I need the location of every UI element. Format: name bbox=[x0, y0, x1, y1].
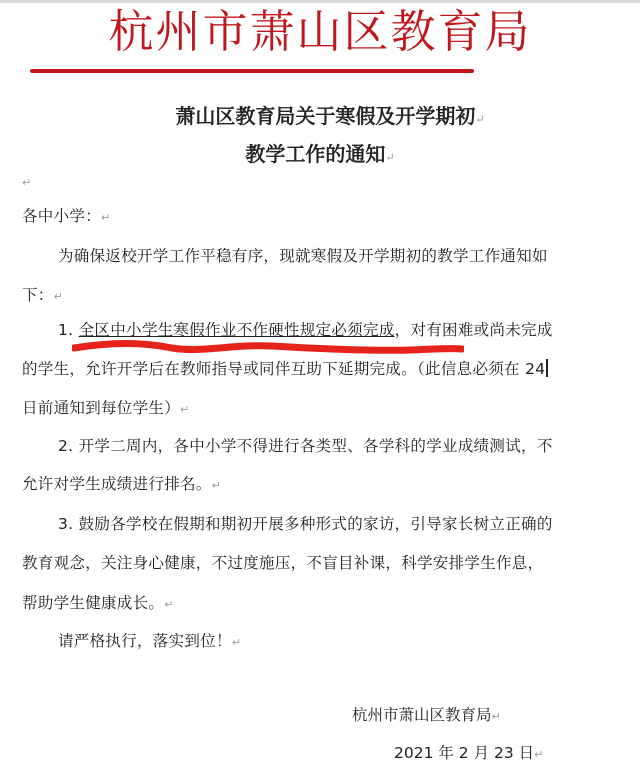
item3-line-1: 3. 鼓励各学校在假期和期初开展多种形式的家访，引导家长树立正确的 bbox=[58, 512, 553, 534]
paragraph-mark-icon: ↵ bbox=[385, 151, 394, 164]
item1-highlighted-text: 全区中小学生寒假作业不作硬性规定必须完成 bbox=[79, 321, 395, 339]
item1-number: 1. bbox=[58, 321, 79, 339]
masthead-divider bbox=[30, 69, 474, 73]
paragraph-mark-icon: ↵ bbox=[212, 479, 222, 492]
date: 2021 年 2 月 23 日↵ bbox=[394, 741, 543, 763]
paragraph-mark-icon: ↵ bbox=[180, 403, 190, 416]
empty-paragraph: ↵ bbox=[22, 172, 32, 190]
paragraph-mark-icon: ↵ bbox=[534, 748, 543, 761]
item1-rest-text: ，对有困难或尚未完成 bbox=[395, 321, 553, 339]
paragraph-mark-icon: ↵ bbox=[54, 290, 64, 303]
paragraph-mark-icon: ↵ bbox=[232, 636, 242, 649]
signature: 杭州市萧山区教育局↵ bbox=[352, 703, 501, 725]
paragraph-mark-icon: ↵ bbox=[475, 113, 484, 126]
closing-text: 请严格执行，落实到位！ bbox=[58, 632, 232, 650]
signature-text: 杭州市萧山区教育局 bbox=[352, 706, 492, 724]
item1-text-2: 的学生，允许开学后在教师指导或同伴互助下延期完成。（此信息必须在 24 bbox=[22, 360, 545, 378]
title-text-1: 萧山区教育局关于寒假及开学期初 bbox=[175, 104, 475, 128]
paragraph-mark-icon: ↵ bbox=[22, 176, 32, 189]
paragraph-mark-icon: ↵ bbox=[101, 211, 111, 224]
text-cursor bbox=[546, 359, 548, 377]
item3-text-3: 帮助学生健康成长。 bbox=[22, 594, 164, 612]
title-text-2: 教学工作的通知 bbox=[245, 142, 385, 166]
intro-text-2: 下： bbox=[22, 286, 54, 304]
paragraph-mark-icon: ↵ bbox=[164, 598, 174, 611]
item3-line-3: 帮助学生健康成长。↵ bbox=[22, 591, 174, 613]
item1-text-3: 日前通知到每位学生） bbox=[22, 399, 180, 417]
closing-line: 请严格执行，落实到位！↵ bbox=[58, 629, 241, 651]
intro-line-1: 为确保返校开学工作平稳有序，现就寒假及开学期初的教学工作通知如 bbox=[58, 244, 548, 266]
masthead: 杭州市萧山区教育局 bbox=[0, 2, 640, 62]
notice-title-line1: 萧山区教育局关于寒假及开学期初↵ bbox=[0, 100, 640, 129]
notice-title-line2: 教学工作的通知↵ bbox=[0, 138, 640, 167]
item1-line-3: 日前通知到每位学生）↵ bbox=[22, 396, 190, 418]
salutation-text: 各中小学： bbox=[22, 207, 101, 225]
item3-line-2: 教育观念，关注身心健康，不过度施压，不盲目补课，科学安排学生作息， bbox=[22, 551, 543, 573]
red-highlight-underline-icon bbox=[72, 340, 464, 356]
item2-line-1: 2. 开学二周内，各中小学不得进行各类型、各学科的学业成绩测试，不 bbox=[58, 434, 553, 456]
item2-line-2: 允许对学生成绩进行排名。↵ bbox=[22, 472, 221, 494]
salutation: 各中小学：↵ bbox=[22, 204, 111, 226]
item1-line-1: 1. 全区中小学生寒假作业不作硬性规定必须完成，对有困难或尚未完成 bbox=[58, 318, 553, 340]
item1-line-2: 的学生，允许开学后在教师指导或同伴互助下延期完成。（此信息必须在 24 bbox=[22, 357, 548, 379]
paragraph-mark-icon: ↵ bbox=[492, 710, 501, 723]
intro-line-2: 下：↵ bbox=[22, 283, 63, 305]
date-text: 2021 年 2 月 23 日 bbox=[394, 744, 534, 762]
item2-text-2: 允许对学生成绩进行排名。 bbox=[22, 475, 212, 493]
